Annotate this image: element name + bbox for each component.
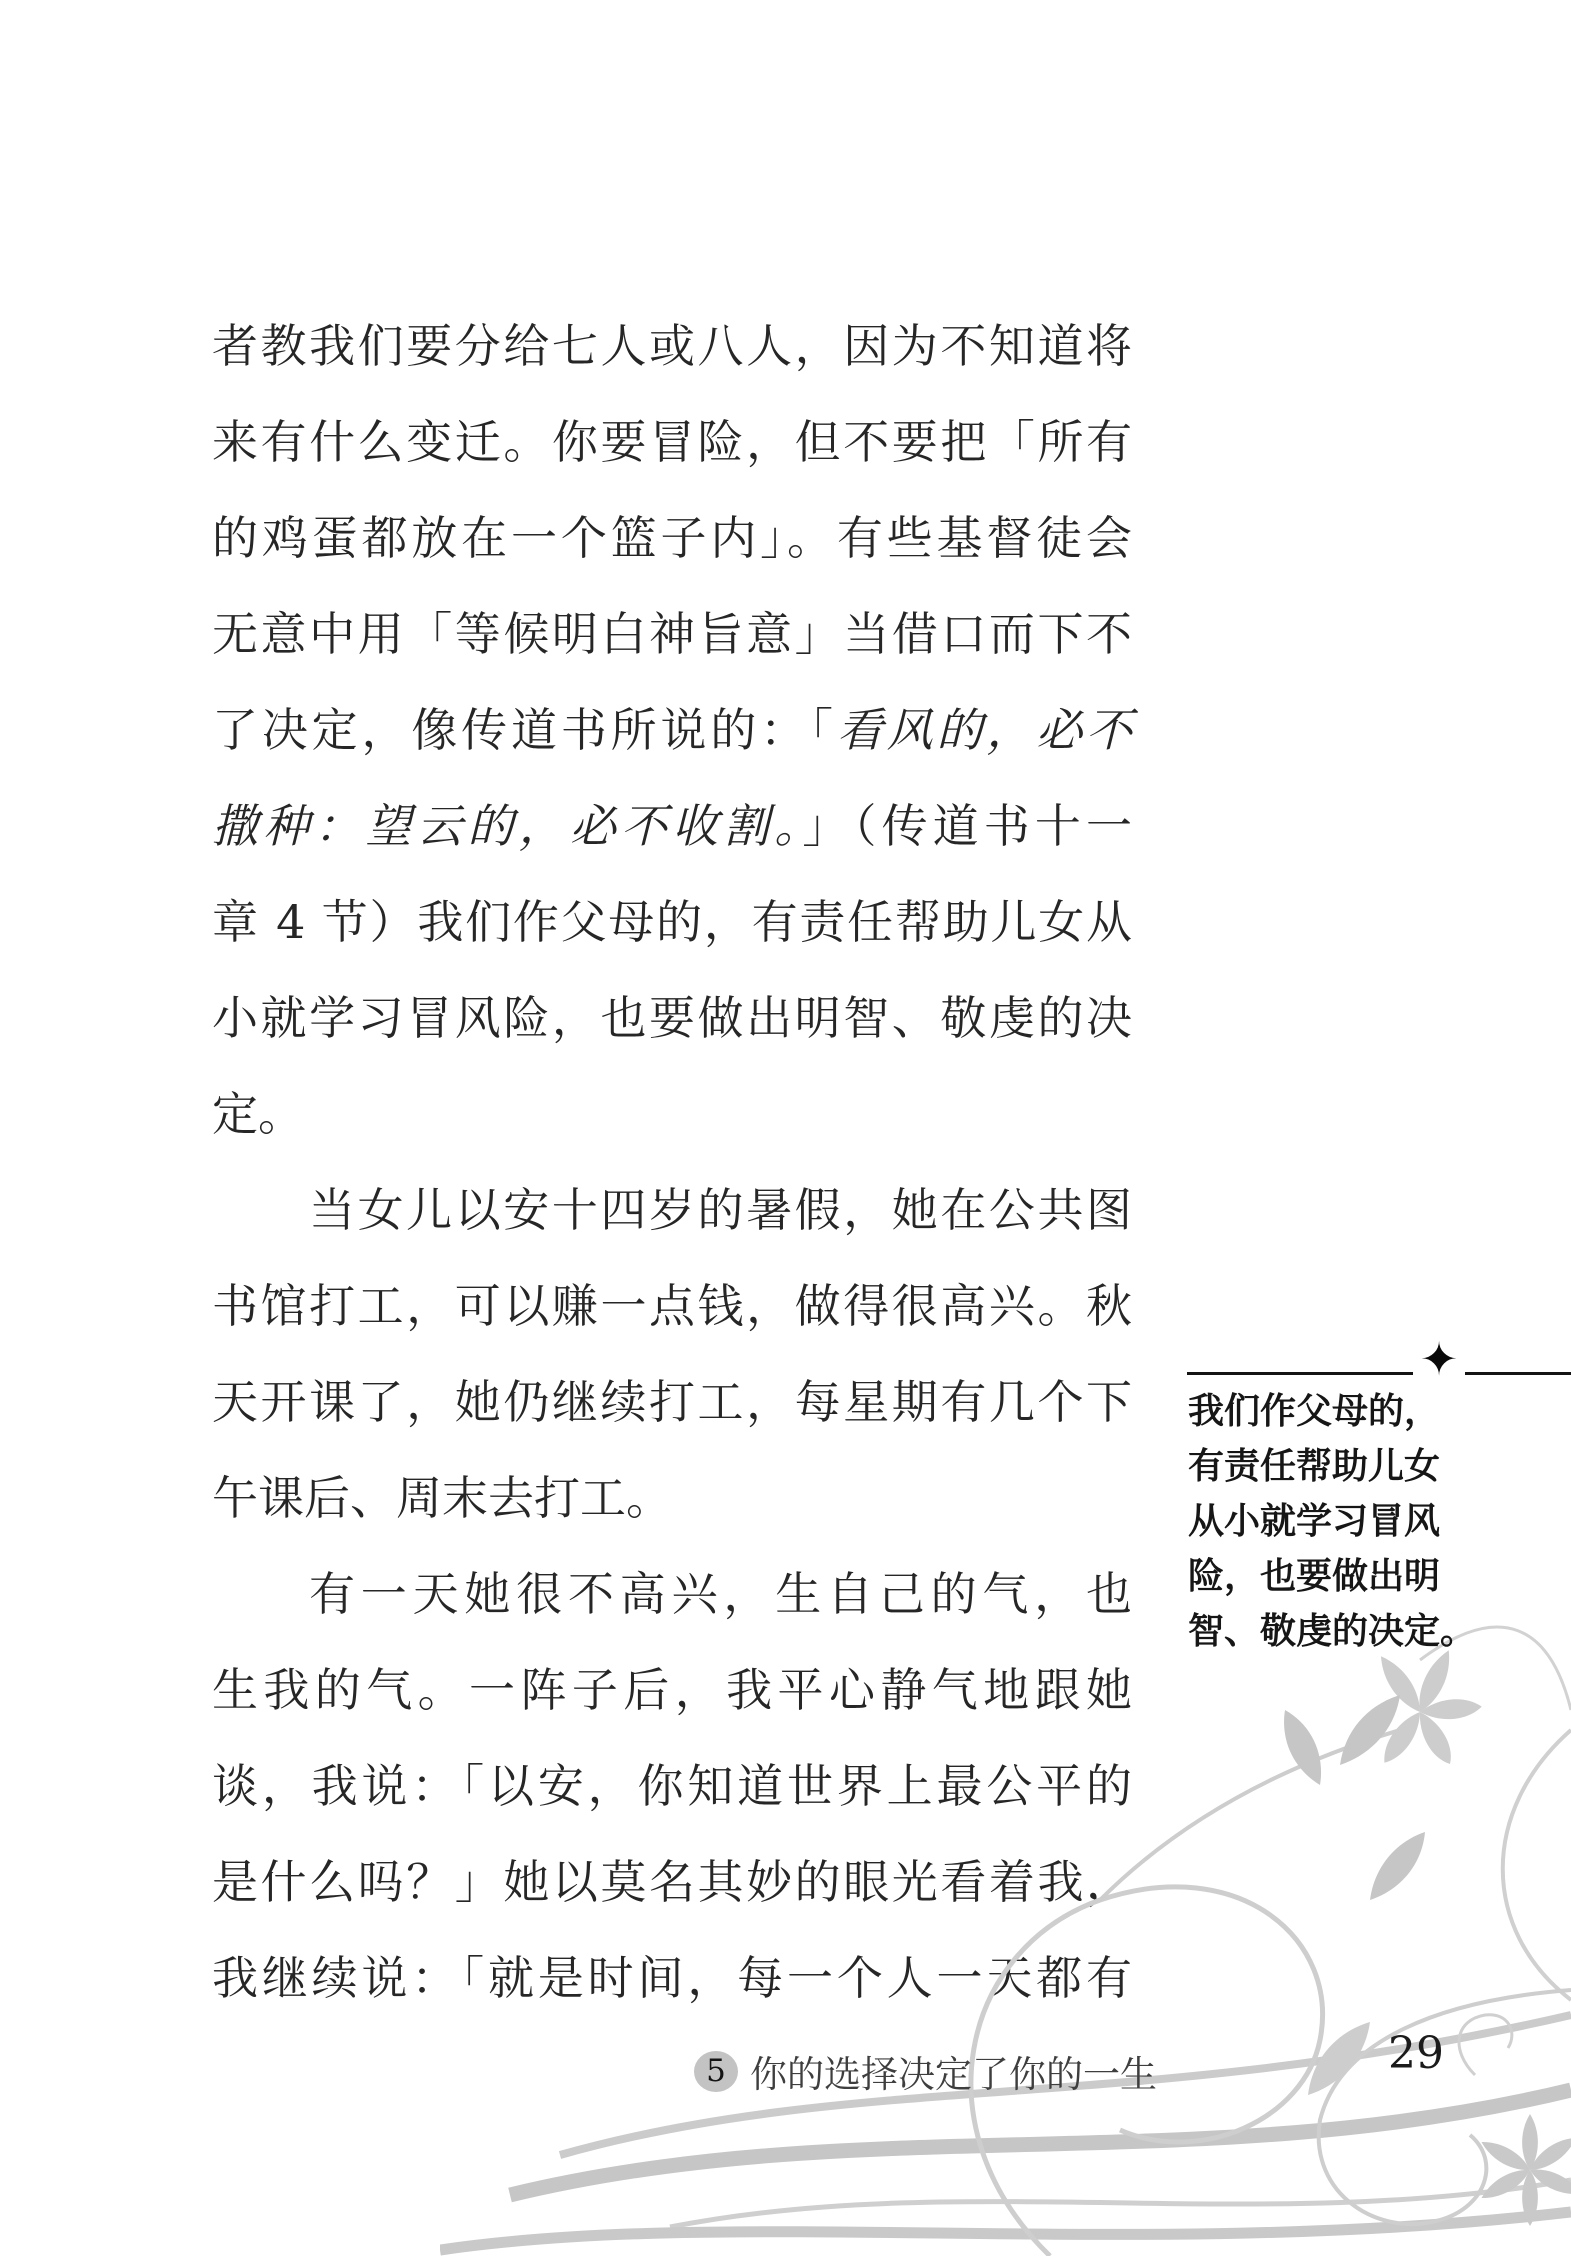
body-line-text: 」（传道书十一 bbox=[802, 799, 1132, 853]
body-line: 章 4 节）我们作父母的，有责任帮助儿女从 bbox=[212, 874, 1132, 970]
body-line: 定。 bbox=[212, 1066, 1132, 1162]
book-page: 者教我们要分给七人或八人，因为不知道将 来有什么变迁。你要冒险，但不要把「所有 … bbox=[0, 0, 1571, 2256]
body-line: 当女儿以安十四岁的暑假，她在公共图 bbox=[212, 1162, 1132, 1258]
body-line: 小就学习冒风险，也要做出明智、敬虔的决 bbox=[212, 970, 1132, 1066]
chapter-badge: 5 bbox=[694, 2051, 738, 2092]
body-line: 来有什么变迁。你要冒险，但不要把「所有 bbox=[212, 394, 1132, 490]
body-line: 无意中用「等候明白神旨意」当借口而下不 bbox=[212, 586, 1132, 682]
scripture-quote: 看风的，必不 bbox=[837, 703, 1132, 757]
body-line: 天开课了，她仍继续打工，每星期有几个下 bbox=[212, 1354, 1132, 1450]
body-line: 午课后、周末去打工。 bbox=[212, 1450, 1132, 1546]
footer: 5 你的选择决定了你的一生 bbox=[694, 2049, 1157, 2093]
body-line: 的鸡蛋都放在一个篮子内」。有些基督徒会 bbox=[212, 490, 1132, 586]
body-line: 撒种：望云的，必不收割。」（传道书十一 bbox=[212, 778, 1132, 874]
chapter-title: 你的选择决定了你的一生 bbox=[750, 2044, 1157, 2098]
body-line: 者教我们要分给七人或八人，因为不知道将 bbox=[212, 298, 1132, 394]
page-number: 29 bbox=[1388, 2032, 1444, 2076]
sidebar-note: 我们作父母的， 有责任帮助儿女 从小就学习冒风 险，也要做出明 智、敬虔的决定。 bbox=[1188, 1384, 1498, 1659]
body-line: 了决定，像传道书所说的：「看风的，必不 bbox=[212, 682, 1132, 778]
chapter-number: 5 bbox=[706, 2053, 726, 2089]
sidebar-rule bbox=[1187, 1372, 1571, 1375]
floral-ornament bbox=[440, 1570, 1571, 2256]
scripture-quote: 撒种：望云的，必不收割。 bbox=[212, 799, 802, 853]
body-line: 书馆打工，可以赚一点钱，做得很高兴。秋 bbox=[212, 1258, 1132, 1354]
body-line-text: 了决定，像传道书所说的：「 bbox=[212, 703, 837, 757]
sparkle-icon: ✦ bbox=[1413, 1333, 1465, 1385]
